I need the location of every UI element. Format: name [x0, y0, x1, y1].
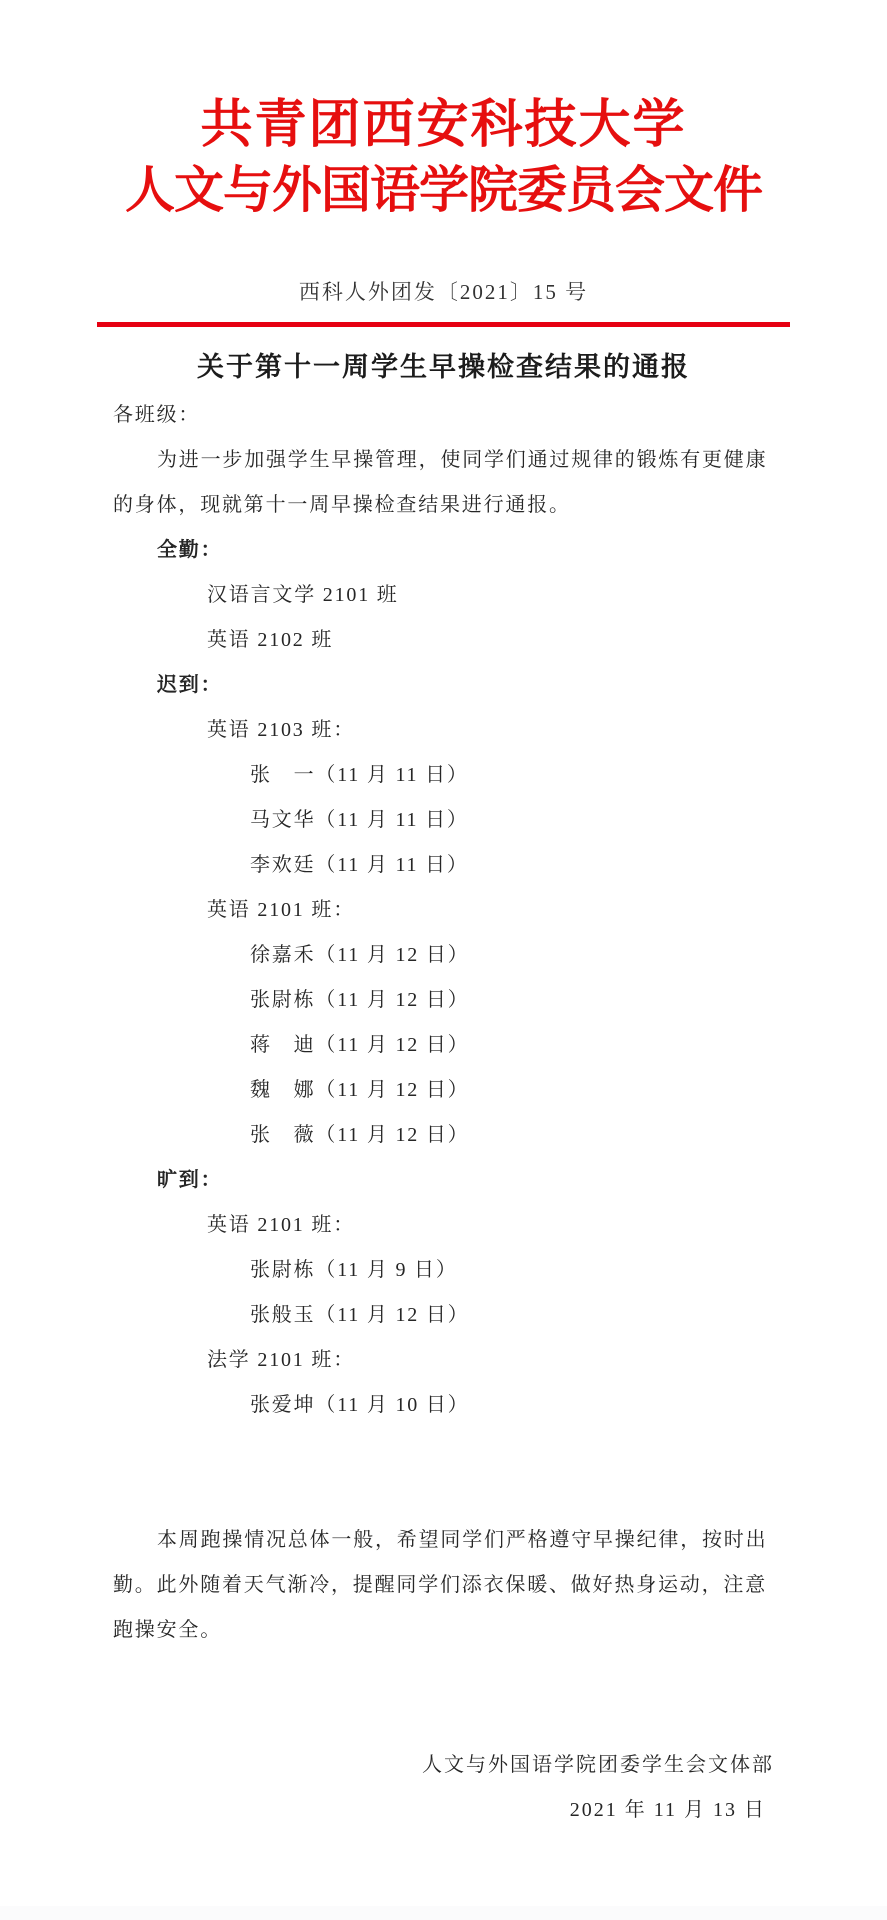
student-entry: 魏 娜（11 月 12 日） — [113, 1068, 774, 1113]
class-name: 法学 2101 班： — [113, 1338, 774, 1383]
letterhead: 共青团西安科技大学 人文与外国语学院委员会文件 — [113, 0, 774, 222]
section-heading: 迟到： — [113, 663, 774, 708]
section-heading: 旷到： — [113, 1158, 774, 1203]
document-page: 共青团西安科技大学 人文与外国语学院委员会文件 西科人外团发〔2021〕15 号… — [0, 0, 887, 1920]
class-name: 英语 2102 班 — [113, 618, 774, 663]
intro-paragraph: 为进一步加强学生早操管理，使同学们通过规律的锻炼有更健康的身体，现就第十一周早操… — [113, 438, 774, 528]
student-entry: 马文华（11 月 11 日） — [113, 798, 774, 843]
student-entry: 徐嘉禾（11 月 12 日） — [113, 933, 774, 978]
signature: 人文与外国语学院团委学生会文体部 — [113, 1743, 774, 1788]
closing-paragraph-line: 本周跑操情况总体一般，希望同学们严格遵守早操纪律，按时出 — [113, 1518, 774, 1563]
letterhead-line-1: 共青团西安科技大学 — [113, 94, 774, 158]
salutation: 各班级： — [113, 393, 774, 438]
date: 2021 年 11 月 13 日 — [113, 1788, 774, 1833]
student-entry: 张尉栋（11 月 12 日） — [113, 978, 774, 1023]
bottom-strip — [0, 1906, 887, 1920]
document-title: 关于第十一周学生早操检查结果的通报 — [113, 347, 774, 387]
student-entry: 张爱坤（11 月 10 日） — [113, 1383, 774, 1428]
student-entry: 张般玉（11 月 12 日） — [113, 1293, 774, 1338]
section-heading: 全勤： — [113, 528, 774, 573]
class-name: 英语 2101 班： — [113, 888, 774, 933]
class-name: 英语 2103 班： — [113, 708, 774, 753]
document-body: 各班级： 为进一步加强学生早操管理，使同学们通过规律的锻炼有更健康的身体，现就第… — [113, 393, 774, 1653]
closing-paragraph: 本周跑操情况总体一般，希望同学们严格遵守早操纪律，按时出勤。此外随着天气渐冷，提… — [113, 1518, 774, 1653]
student-entry: 张尉栋（11 月 9 日） — [113, 1248, 774, 1293]
red-divider-rule — [97, 322, 790, 327]
closing-paragraph-line: 勤。此外随着天气渐冷，提醒同学们添衣保暖、做好热身运动，注意 — [113, 1563, 774, 1608]
letterhead-line-2: 人文与外国语学院委员会文件 — [113, 158, 774, 222]
student-entry: 张 一（11 月 11 日） — [113, 753, 774, 798]
intro-paragraph-line: 为进一步加强学生早操管理，使同学们通过规律的锻炼有更健康 — [113, 438, 774, 483]
student-entry: 李欢廷（11 月 11 日） — [113, 843, 774, 888]
document-number: 西科人外团发〔2021〕15 号 — [113, 278, 774, 306]
roster-sections: 全勤：汉语言文学 2101 班英语 2102 班迟到：英语 2103 班：张 一… — [113, 528, 774, 1428]
class-name: 英语 2101 班： — [113, 1203, 774, 1248]
student-entry: 张 薇（11 月 12 日） — [113, 1113, 774, 1158]
student-entry: 蒋 迪（11 月 12 日） — [113, 1023, 774, 1068]
intro-paragraph-line: 的身体，现就第十一周早操检查结果进行通报。 — [113, 483, 774, 528]
class-name: 汉语言文学 2101 班 — [113, 573, 774, 618]
closing-paragraph-line: 跑操安全。 — [113, 1608, 774, 1653]
